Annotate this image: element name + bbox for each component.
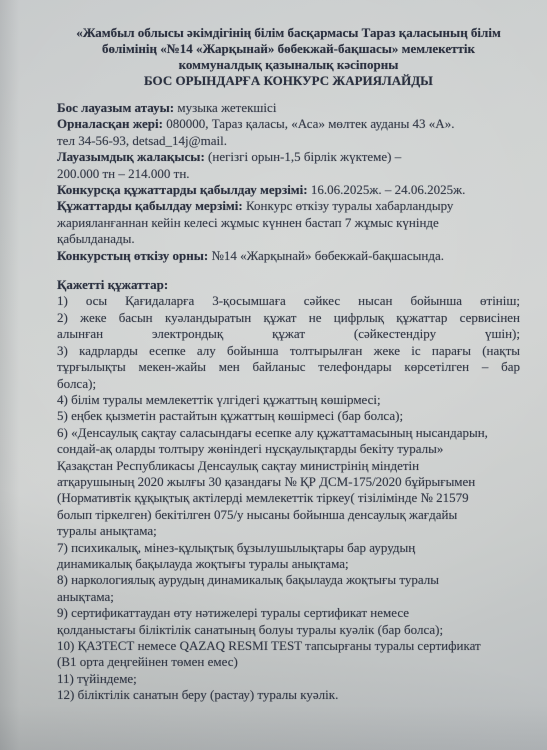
field-value: №14 «Жарқынай» бөбекжай-бақшасында.: [208, 248, 444, 263]
requirement-item-9: 9) сертификаттаудан өту нәтижелері турал…: [57, 605, 520, 638]
field-application-period: Конкурсқа құжаттарды қабылдау мерзімі: 1…: [57, 182, 520, 198]
org-name-line-2: бөлімінің «№14 «Жарқынай» бөбекжай-бақша…: [57, 41, 520, 57]
requirement-item-3: 3) кадрларды есепке алу бойынша толтырыл…: [57, 343, 520, 392]
requirement-item-4: 4) білім туралы мемлекеттік үлгідегі құж…: [57, 392, 520, 408]
scanned-document: «Жамбыл облысы әкімдігінің білім басқарм…: [0, 0, 547, 750]
document-content: «Жамбыл облысы әкімдігінің білім басқарм…: [57, 25, 520, 704]
requirement-item-11: 11) түйіндеме;: [57, 671, 520, 687]
required-documents-list: 1) осы Қағидаларға 3-қосымшаға сәйкес ны…: [57, 293, 520, 703]
requirement-item-7: 7) психикалық, мінез-құлықтық бұзылушылы…: [57, 540, 520, 573]
vacancy-details: Бос лауазым атауы: музыка жетекшісі Орна…: [57, 100, 520, 264]
org-name-line-1: «Жамбыл облысы әкімдігінің білім басқарм…: [57, 25, 520, 41]
field-value: 16.06.2025ж. – 24.06.2025ж.: [308, 182, 466, 197]
field-venue: Конкурстың өткізу орны: №14 «Жарқынай» б…: [57, 248, 520, 264]
field-salary: Лауазымдық жалақысы: (негізгі орын-1,5 б…: [57, 149, 520, 182]
requirement-item-8: 8) наркологиялық аурудың динамикалық бақ…: [57, 572, 520, 605]
field-label: Конкурстың өткізу орны:: [57, 248, 208, 263]
requirement-item-2: 2) жеке басын куәландыратын құжат не циф…: [57, 310, 520, 343]
field-location: Орналасқан жері: 080000, Тараз қаласы, «…: [57, 116, 520, 149]
required-documents-heading: Қажетті құжаттар:: [57, 277, 520, 293]
requirement-item-10: 10) ҚАЗТЕСТ немесе QAZAQ RESMI TEST тапс…: [57, 638, 520, 671]
requirement-item-1: 1) осы Қағидаларға 3-қосымшаға сәйкес ны…: [57, 293, 520, 309]
org-name-line-3: коммуналдық қазыналық кәсіпорны: [57, 57, 520, 73]
field-acceptance-period: Құжаттарды қабылдау мерзімі: Конкурс өтк…: [57, 198, 520, 247]
requirement-item-12: 12) біліктілік санатын беру (растау) тур…: [57, 687, 520, 703]
field-value: музыка жетекшісі: [174, 100, 276, 115]
field-label: Құжаттарды қабылдау мерзімі:: [57, 198, 243, 213]
document-title: «Жамбыл облысы әкімдігінің білім басқарм…: [57, 25, 520, 89]
field-label: Бос лауазым атауы:: [57, 100, 174, 115]
field-label: Орналасқан жері:: [57, 116, 163, 131]
requirement-item-6: 6) «Денсаулық сақтау саласындағы есепке …: [57, 425, 520, 540]
field-label: Конкурсқа құжаттарды қабылдау мерзімі:: [57, 182, 308, 197]
field-label: Лауазымдық жалақысы:: [57, 149, 205, 164]
announcement-title: БОС ОРЫНДАРҒА КОНКУРС ЖАРИЯЛАЙДЫ: [57, 73, 520, 89]
field-position-title: Бос лауазым атауы: музыка жетекшісі: [57, 100, 520, 116]
requirement-item-5: 5) еңбек қызметін растайтын құжаттың көш…: [57, 408, 520, 424]
